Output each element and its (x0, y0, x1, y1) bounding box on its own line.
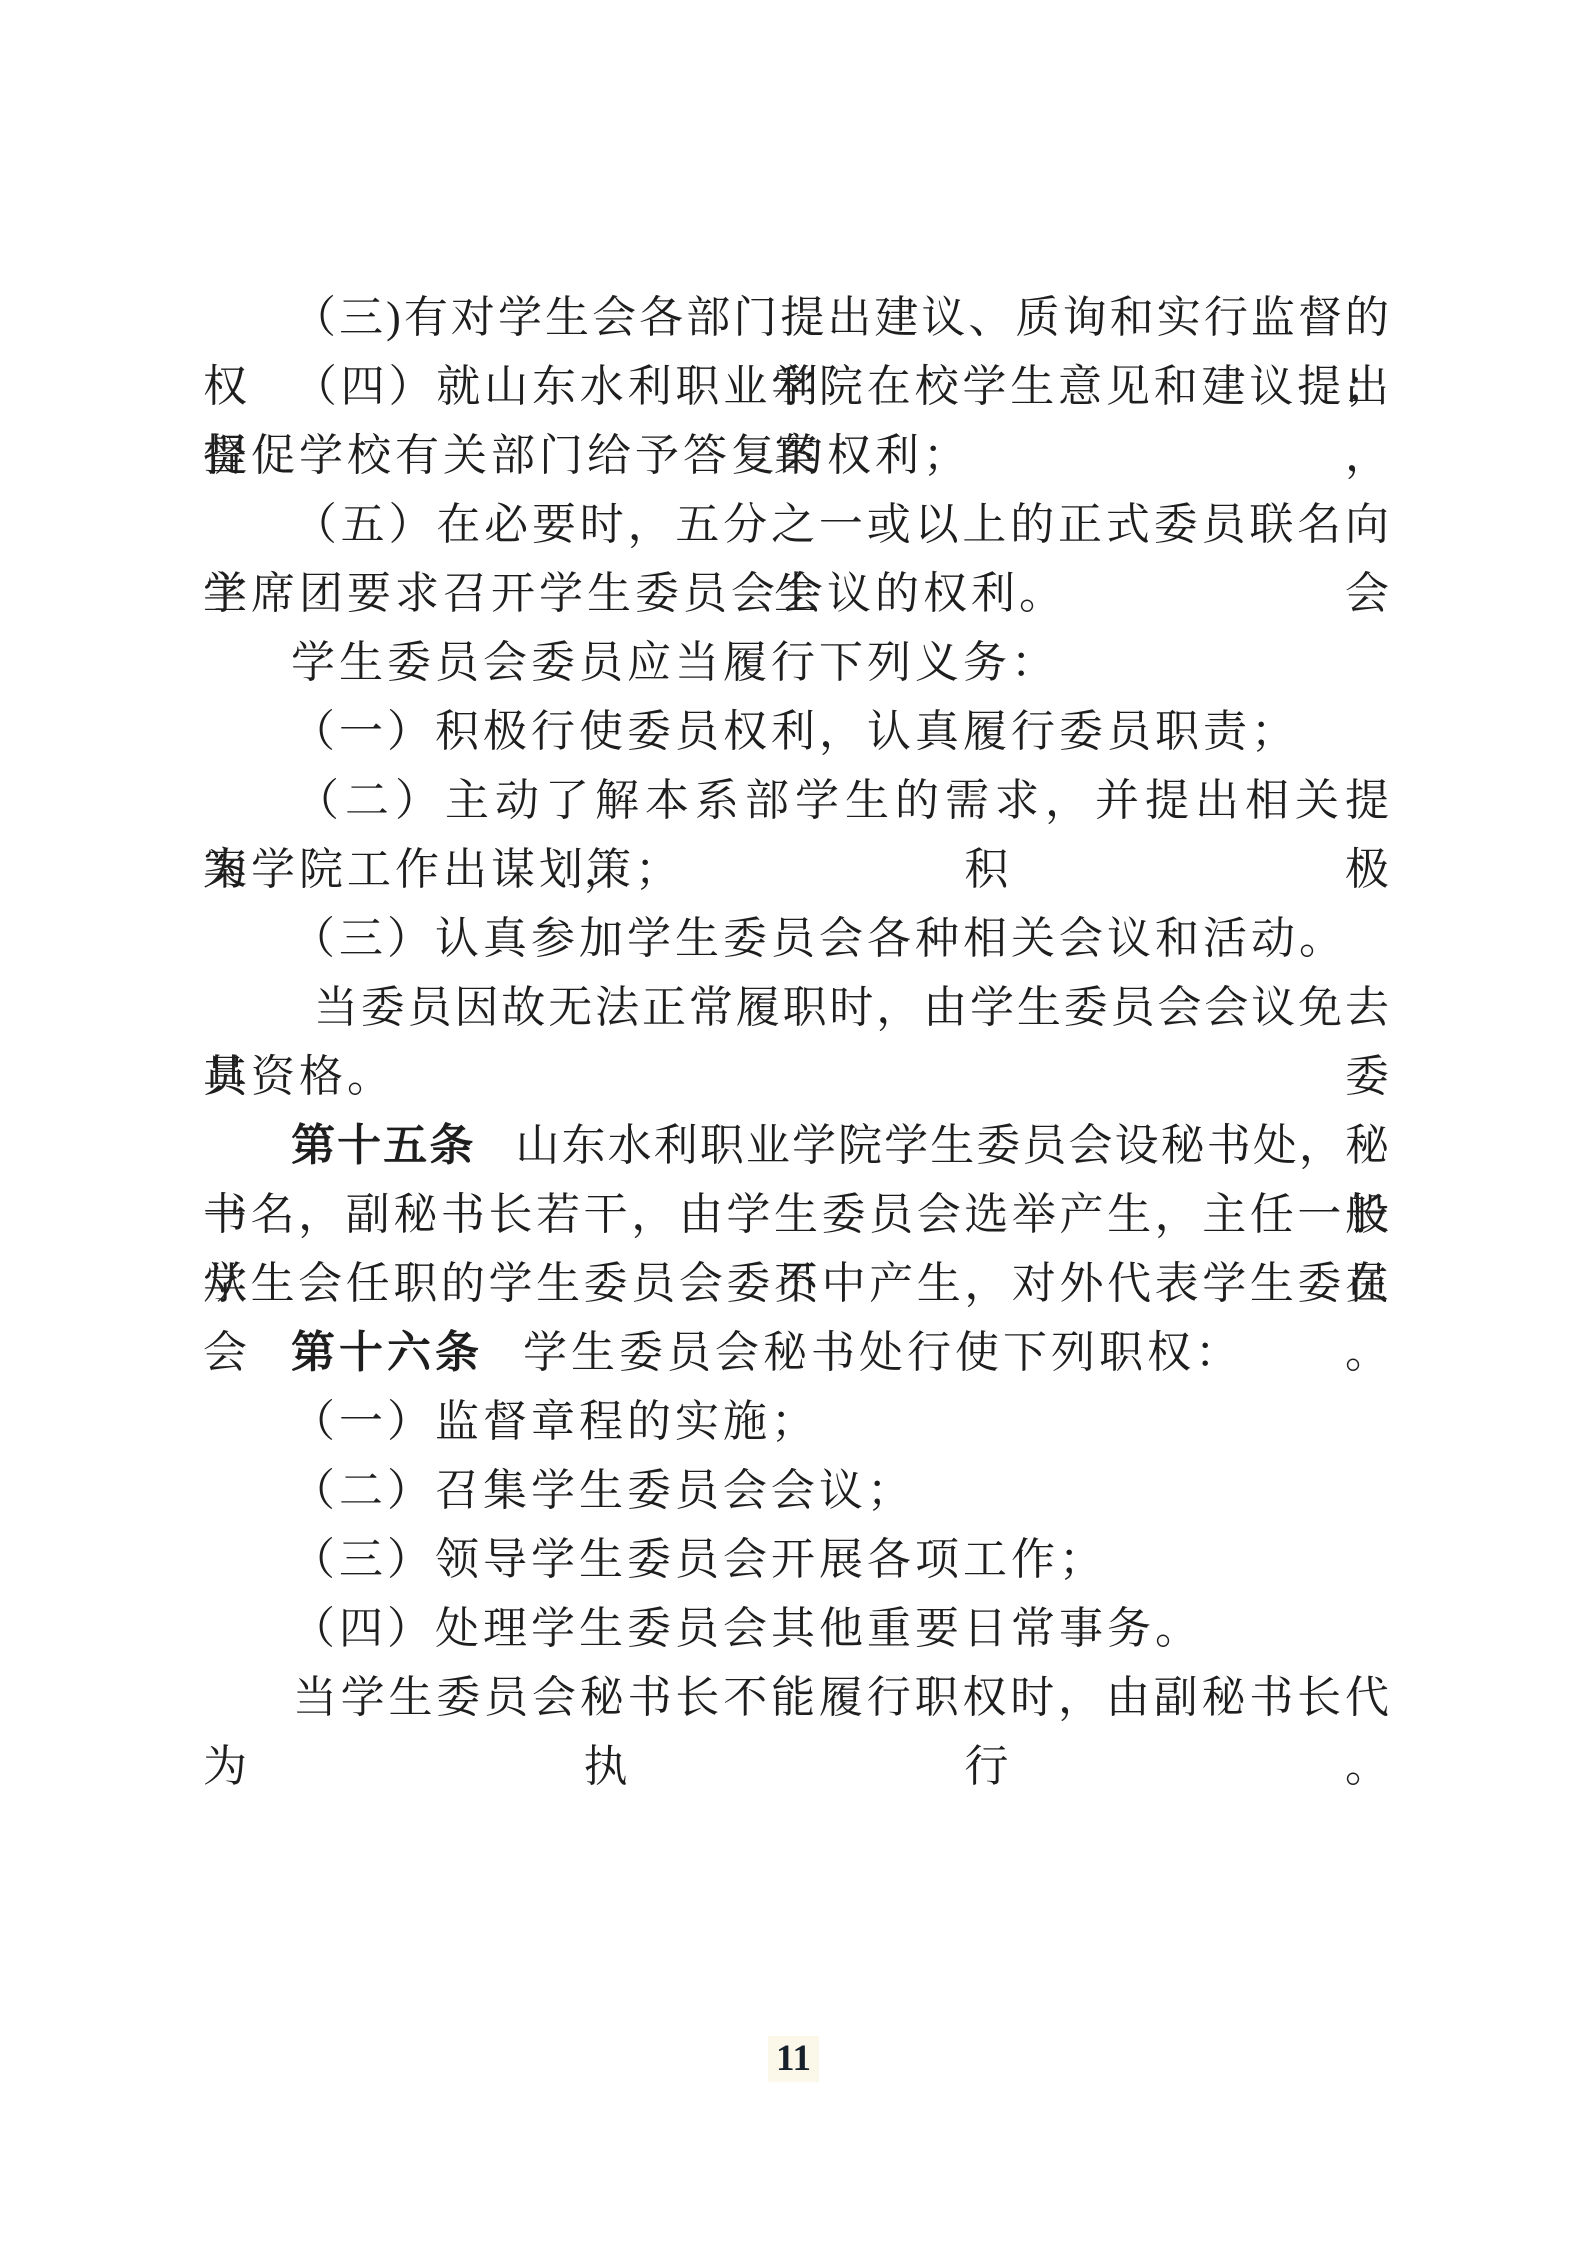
line-text: 学生委员会委员应当履行下列义务： (291, 638, 1059, 687)
document-line: 当委员因故无法正常履职时，由学生委员会会议免去其委 (203, 973, 1391, 1042)
first-line-indent (203, 676, 291, 677)
page-number: 11 (768, 2036, 819, 2082)
line-text: （三）认真参加学生委员会各种相关会议和活动。 (291, 914, 1347, 963)
line-text: 主席团要求召开学生委员会会议的权利。 (203, 569, 1067, 618)
first-line-indent (203, 952, 291, 953)
first-line-indent (203, 331, 291, 332)
document-line: 第十六条学生委员会秘书处行使下列职权： (203, 1318, 1391, 1387)
document-line: 学生委员会委员应当履行下列义务： (203, 628, 1391, 697)
document-line: （五）在必要时，五分之一或以上的正式委员联名向学生会 (203, 490, 1391, 559)
first-line-indent (203, 1435, 291, 1436)
line-text: 当学生委员会秘书长不能履行职权时，由副秘书长代为执行。 (203, 1673, 1391, 1791)
first-line-indent (203, 400, 291, 401)
first-line-indent (203, 1366, 291, 1367)
first-line-indent (203, 1711, 291, 1712)
document-body: （三)有对学生会各部门提出建议、质询和实行监督的权利； （四）就山东水利职业学院… (203, 283, 1391, 1732)
line-text: 为学院工作出谋划策； (203, 845, 683, 894)
document-line: 学生会任职的学生委员会委员中产生，对外代表学生委员会。 (203, 1249, 1391, 1318)
line-text: （三）领导学生委员会开展各项工作； (291, 1535, 1107, 1584)
first-line-indent (203, 538, 291, 539)
line-text: 学生委员会秘书处行使下列职权： (523, 1328, 1243, 1377)
document-line: （四）处理学生委员会其他重要日常事务。 (203, 1594, 1391, 1663)
first-line-indent (203, 1573, 291, 1574)
document-line: （三)有对学生会各部门提出建议、质询和实行监督的权利； (203, 283, 1391, 352)
line-text: （二）召集学生委员会会议； (291, 1466, 915, 1515)
footer: 11 (0, 2036, 1587, 2082)
document-line: 当学生委员会秘书长不能履行职权时，由副秘书长代为执行。 (203, 1663, 1391, 1732)
document-line: （三）认真参加学生委员会各种相关会议和活动。 (203, 904, 1391, 973)
document-line: （一）监督章程的实施； (203, 1387, 1391, 1456)
first-line-indent (203, 1159, 291, 1160)
line-text: （一）监督章程的实施； (291, 1397, 819, 1446)
line-text: （一）积极行使委员权利，认真履行委员职责； (291, 707, 1299, 756)
document-line: （二）主动了解本系部学生的需求，并提出相关提案，积极 (203, 766, 1391, 835)
first-line-indent (203, 814, 291, 815)
first-line-indent (203, 1021, 313, 1022)
article-number: 第十六条 (291, 1328, 483, 1377)
document-line: （三）领导学生委员会开展各项工作； (203, 1525, 1391, 1594)
first-line-indent (203, 745, 291, 746)
document-line: （一）积极行使委员权利，认真履行委员职责； (203, 697, 1391, 766)
article-number: 第十五条 (291, 1121, 475, 1170)
line-text: （四）处理学生委员会其他重要日常事务。 (291, 1604, 1203, 1653)
document-line: （二）召集学生委员会会议； (203, 1456, 1391, 1525)
first-line-indent (203, 1504, 291, 1505)
document-line: 一名，副秘书长若干，由学生委员会选举产生，主任一般从不在 (203, 1180, 1391, 1249)
document-line: 第十五条山东水利职业学院学生委员会设秘书处，秘书长 (203, 1111, 1391, 1180)
document-page: （三)有对学生会各部门提出建议、质询和实行监督的权利； （四）就山东水利职业学院… (0, 0, 1587, 2245)
first-line-indent (203, 1642, 291, 1643)
line-text: 员资格。 (203, 1052, 395, 1101)
line-text: 督促学校有关部门给予答复的权利； (203, 431, 971, 480)
document-line: （四）就山东水利职业学院在校学生意见和建议提出提案， (203, 352, 1391, 421)
